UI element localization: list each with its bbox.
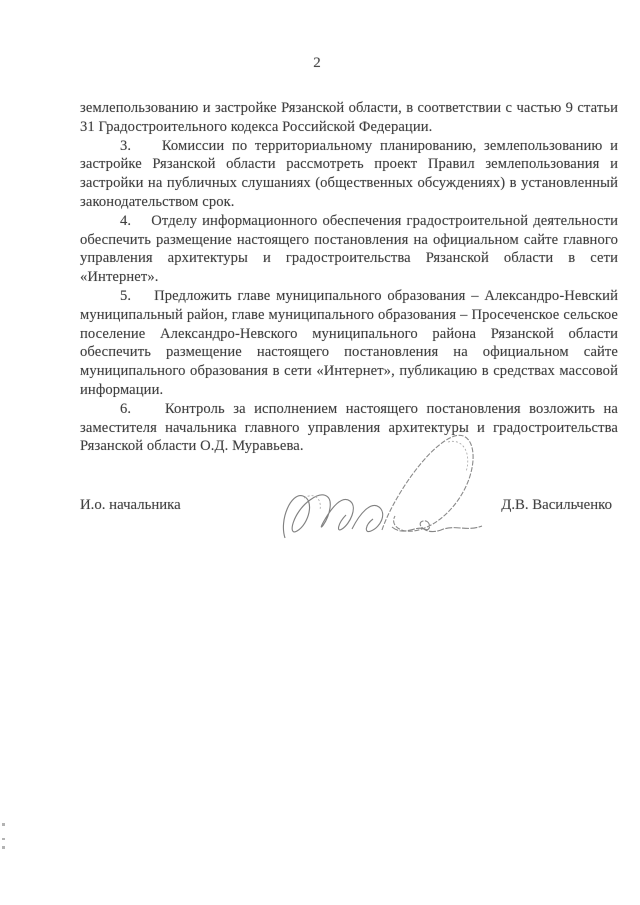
signature-name: Д.В. Васильченко [501, 497, 618, 514]
document-body: землепользованию и застройке Рязанской о… [80, 99, 618, 456]
paragraph-item-4: 4. Отделу информационного обеспечения гр… [80, 212, 618, 287]
scan-speck-icon [2, 838, 5, 840]
signature-position-label: И.о. начальника [80, 497, 181, 514]
paragraph-continuation: землепользованию и застройке Рязанской о… [80, 99, 618, 137]
paragraph-item-3: 3. Комиссии по территориальному планиров… [80, 137, 618, 212]
page-number: 2 [0, 55, 634, 72]
scan-speck-icon [2, 846, 5, 849]
paragraph-item-5: 5. Предложить главе муниципального образ… [80, 287, 618, 400]
document-page: 2 землепользованию и застройке Рязанской… [0, 0, 640, 905]
scan-speck-icon [2, 823, 5, 826]
handwritten-signature-icon [278, 428, 484, 550]
